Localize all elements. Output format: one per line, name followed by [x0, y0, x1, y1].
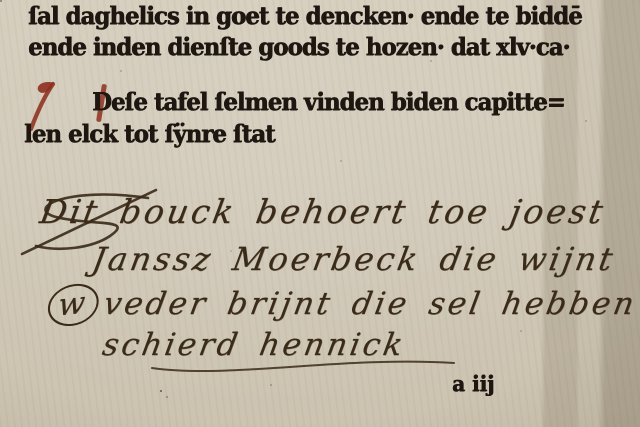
handwriting-line-3: wveder brijnt die sel hebben	[45, 284, 640, 326]
ink-speckles	[0, 0, 2, 2]
handwriting-line-1: Dit bouck behoert toe joest	[37, 192, 609, 231]
handwriting-line-2: Janssz Moerbeck die wijnt	[89, 240, 618, 278]
circled-letter: w	[46, 282, 99, 329]
handwriting-line-3-text: veder brijnt die sel hebben	[101, 286, 640, 322]
printed-text-line-2: ende inden dienſte goods te hozen· dat x…	[28, 32, 569, 61]
handwriting-line-4: schierd hennick	[100, 327, 409, 363]
printed-rubric-line-1: Deſe tafel ſelmen vinden biden capitte=	[92, 87, 565, 116]
printed-text-line-1: ſal daghelics in goet te dencken· ende t…	[28, 1, 582, 30]
book-page-photo: ſal daghelics in goet te dencken· ende t…	[0, 0, 640, 427]
quire-signature-mark: a iij	[452, 371, 494, 396]
printed-rubric-line-2: len elck tot ſÿnre ſtat	[24, 119, 275, 148]
